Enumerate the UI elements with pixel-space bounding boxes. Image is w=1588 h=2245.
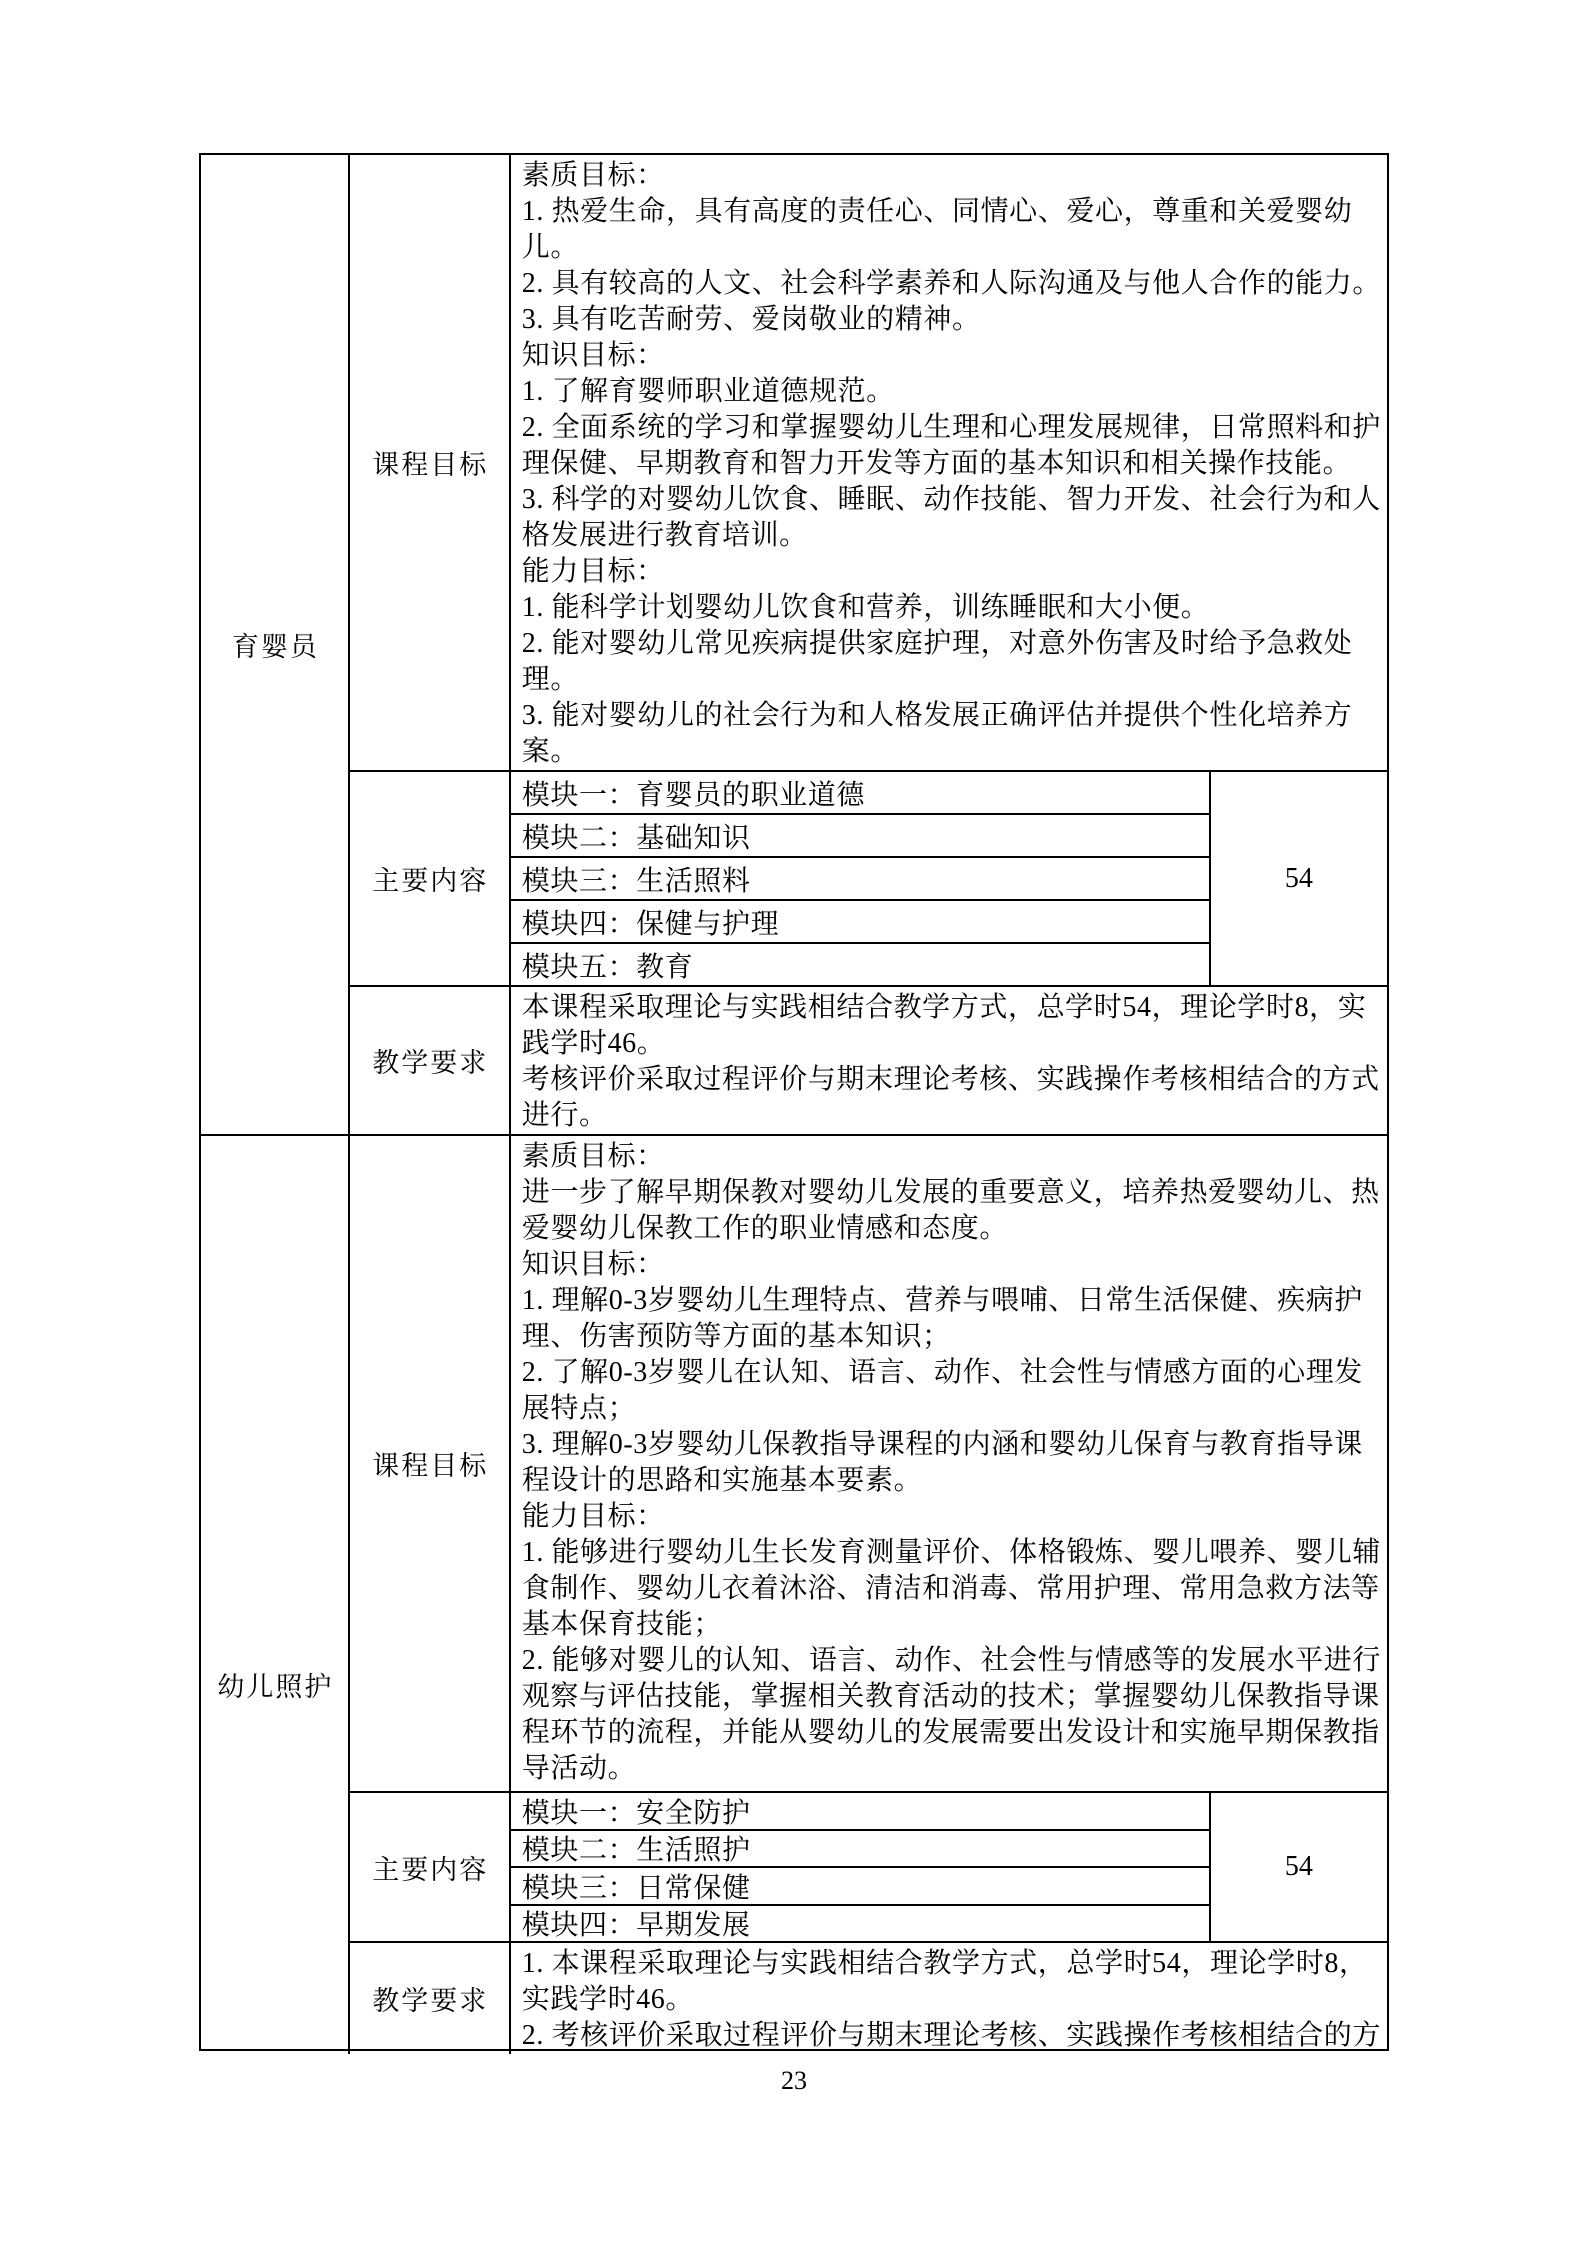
section-body: 课程目标 素质目标：1. 热爱生命，具有高度的责任心、同情心、爱心，尊重和关爱婴…: [350, 155, 1387, 1134]
text-line: 2. 了解0-3岁婴儿在认知、语言、动作、社会性与情感方面的心理发: [522, 1355, 1381, 1391]
row-label-cell: 主要内容: [350, 772, 511, 985]
text-line: 3. 具有吃苦耐劳、爱岗敬业的精神。: [522, 302, 1381, 338]
category-label: 幼儿照护: [201, 1665, 348, 1704]
curriculum-table: 育婴员 课程目标 素质目标：1. 热爱生命，具有高度的责任心、同情心、爱心，尊重…: [199, 153, 1389, 2051]
module-item: 模块三：日常保健: [511, 1868, 1209, 1906]
text-line: 2. 考核评价采取过程评价与期末理论考核、实践操作考核相结合的方: [522, 2018, 1381, 2054]
text-line: 观察与评估技能，掌握相关教育活动的技术；掌握婴幼儿保教指导课: [522, 1679, 1381, 1715]
requirements-text: 本课程采取理论与实践相结合教学方式，总学时54，理论学时8，实践学时46。考核评…: [511, 987, 1387, 1134]
text-line: 基本保育技能；: [522, 1607, 1381, 1643]
text-line: 1. 能够进行婴幼儿生长发育测量评价、体格锻炼、婴儿喂养、婴儿辅: [522, 1535, 1381, 1571]
category-cell: 育婴员: [201, 155, 350, 1134]
total-hours-value: 54: [1285, 863, 1313, 895]
text-line: 案。: [522, 734, 1381, 770]
text-line: 程环节的流程，并能从婴幼儿的发展需要出发设计和实施早期保教指: [522, 1715, 1381, 1751]
row-label: 课程目标: [370, 443, 488, 482]
text-line: 3. 能对婴幼儿的社会行为和人格发展正确评估并提供个性化培养方: [522, 698, 1381, 734]
text-line: 本课程采取理论与实践相结合教学方式，总学时54，理论学时8，实: [522, 990, 1381, 1026]
total-hours-cell: 54: [1211, 772, 1387, 985]
table-section-infant-care: 幼儿照护 课程目标 素质目标：进一步了解早期保教对婴幼儿发展的重要意义，培养热爱…: [201, 1136, 1387, 2054]
module-item: 模块四：保健与护理: [511, 901, 1209, 944]
text-line: 儿。: [522, 230, 1381, 266]
text-line: 实践学时46。: [522, 1982, 1381, 2018]
text-line: 爱婴幼儿保教工作的职业情感和态度。: [522, 1211, 1381, 1247]
text-line: 知识目标：: [522, 338, 1381, 374]
text-line: 1. 热爱生命，具有高度的责任心、同情心、爱心，尊重和关爱婴幼: [522, 194, 1381, 230]
text-line: 能力目标：: [522, 554, 1381, 590]
text-line: 1. 能科学计划婴幼儿饮食和营养，训练睡眠和大小便。: [522, 590, 1381, 626]
text-line: 考核评价采取过程评价与期末理论考核、实践操作考核相结合的方式: [522, 1062, 1381, 1098]
row-label: 主要内容: [370, 859, 488, 898]
text-line: 素质目标：: [522, 1139, 1381, 1175]
row-label-cell: 教学要求: [350, 987, 511, 1134]
modules-list: 模块一：育婴员的职业道德模块二：基础知识模块三：生活照料模块四：保健与护理模块五…: [511, 772, 1211, 985]
text-line: 践学时46。: [522, 1026, 1381, 1062]
course-objectives-row: 课程目标 素质目标：1. 热爱生命，具有高度的责任心、同情心、爱心，尊重和关爱婴…: [350, 155, 1387, 772]
main-content-row: 主要内容 模块一：育婴员的职业道德模块二：基础知识模块三：生活照料模块四：保健与…: [350, 772, 1387, 987]
text-line: 理保健、早期教育和智力开发等方面的基本知识和相关操作技能。: [522, 446, 1381, 482]
module-item: 模块五：教育: [511, 944, 1209, 985]
text-line: 格发展进行教育培训。: [522, 518, 1381, 554]
modules-area: 模块一：安全防护模块二：生活照护模块三：日常保健模块四：早期发展 54: [511, 1793, 1387, 1941]
text-line: 2. 具有较高的人文、社会科学素养和人际沟通及与他人合作的能力。: [522, 266, 1381, 302]
requirements-text: 1. 本课程采取理论与实践相结合教学方式，总学时54，理论学时8，实践学时46。…: [511, 1943, 1387, 2054]
total-hours-cell: 54: [1211, 1793, 1387, 1941]
course-objectives-row: 课程目标 素质目标：进一步了解早期保教对婴幼儿发展的重要意义，培养热爱婴幼儿、热…: [350, 1136, 1387, 1793]
text-line: 1. 了解育婴师职业道德规范。: [522, 374, 1381, 410]
text-line: 能力目标：: [522, 1499, 1381, 1535]
row-label-cell: 课程目标: [350, 1136, 511, 1791]
total-hours-value: 54: [1285, 1851, 1313, 1883]
text-line: 进一步了解早期保教对婴幼儿发展的重要意义，培养热爱婴幼儿、热: [522, 1175, 1381, 1211]
row-label: 教学要求: [370, 1041, 488, 1080]
module-item: 模块二：基础知识: [511, 815, 1209, 858]
category-label: 育婴员: [201, 625, 348, 664]
teaching-requirements-row: 教学要求 1. 本课程采取理论与实践相结合教学方式，总学时54，理论学时8，实践…: [350, 1943, 1387, 2054]
row-label-cell: 主要内容: [350, 1793, 511, 1941]
text-line: 展特点；: [522, 1391, 1381, 1427]
main-content-row: 主要内容 模块一：安全防护模块二：生活照护模块三：日常保健模块四：早期发展 54: [350, 1793, 1387, 1943]
module-item: 模块一：安全防护: [511, 1793, 1209, 1831]
module-item: 模块一：育婴员的职业道德: [511, 772, 1209, 815]
section-body: 课程目标 素质目标：进一步了解早期保教对婴幼儿发展的重要意义，培养热爱婴幼儿、热…: [350, 1136, 1387, 2054]
text-line: 2. 能对婴幼儿常见疾病提供家庭护理，对意外伤害及时给予急救处: [522, 626, 1381, 662]
modules-list: 模块一：安全防护模块二：生活照护模块三：日常保健模块四：早期发展: [511, 1793, 1211, 1941]
text-line: 导活动。: [522, 1751, 1381, 1787]
module-item: 模块二：生活照护: [511, 1831, 1209, 1869]
text-line: 素质目标：: [522, 158, 1381, 194]
text-line: 1. 理解0-3岁婴幼儿生理特点、营养与喂哺、日常生活保健、疾病护: [522, 1283, 1381, 1319]
text-line: 理、伤害预防等方面的基本知识；: [522, 1319, 1381, 1355]
modules-area: 模块一：育婴员的职业道德模块二：基础知识模块三：生活照料模块四：保健与护理模块五…: [511, 772, 1387, 985]
text-line: 程设计的思路和实施基本要素。: [522, 1463, 1381, 1499]
row-label-cell: 课程目标: [350, 155, 511, 770]
page-number: 23: [0, 2066, 1588, 2096]
text-line: 进行。: [522, 1098, 1381, 1134]
objectives-text: 素质目标：1. 热爱生命，具有高度的责任心、同情心、爱心，尊重和关爱婴幼儿。2.…: [511, 155, 1387, 770]
module-item: 模块三：生活照料: [511, 858, 1209, 901]
table-section-nursery-worker: 育婴员 课程目标 素质目标：1. 热爱生命，具有高度的责任心、同情心、爱心，尊重…: [201, 155, 1387, 1136]
row-label: 教学要求: [370, 1979, 488, 2018]
row-label-cell: 教学要求: [350, 1943, 511, 2054]
text-line: 食制作、婴幼儿衣着沐浴、清洁和消毒、常用护理、常用急救方法等: [522, 1571, 1381, 1607]
objectives-text: 素质目标：进一步了解早期保教对婴幼儿发展的重要意义，培养热爱婴幼儿、热爱婴幼儿保…: [511, 1136, 1387, 1791]
text-line: 3. 科学的对婴幼儿饮食、睡眠、动作技能、智力开发、社会行为和人: [522, 482, 1381, 518]
text-line: 3. 理解0-3岁婴幼儿保教指导课程的内涵和婴幼儿保育与教育指导课: [522, 1427, 1381, 1463]
row-label: 主要内容: [370, 1848, 488, 1887]
text-line: 1. 本课程采取理论与实践相结合教学方式，总学时54，理论学时8，: [522, 1946, 1381, 1982]
row-label: 课程目标: [370, 1444, 488, 1483]
text-line: 2. 全面系统的学习和掌握婴幼儿生理和心理发展规律，日常照料和护: [522, 410, 1381, 446]
category-cell: 幼儿照护: [201, 1136, 350, 2054]
text-line: 理。: [522, 662, 1381, 698]
text-line: 知识目标：: [522, 1247, 1381, 1283]
text-line: 2. 能够对婴儿的认知、语言、动作、社会性与情感等的发展水平进行: [522, 1643, 1381, 1679]
module-item: 模块四：早期发展: [511, 1906, 1209, 1942]
teaching-requirements-row: 教学要求 本课程采取理论与实践相结合教学方式，总学时54，理论学时8，实践学时4…: [350, 987, 1387, 1134]
